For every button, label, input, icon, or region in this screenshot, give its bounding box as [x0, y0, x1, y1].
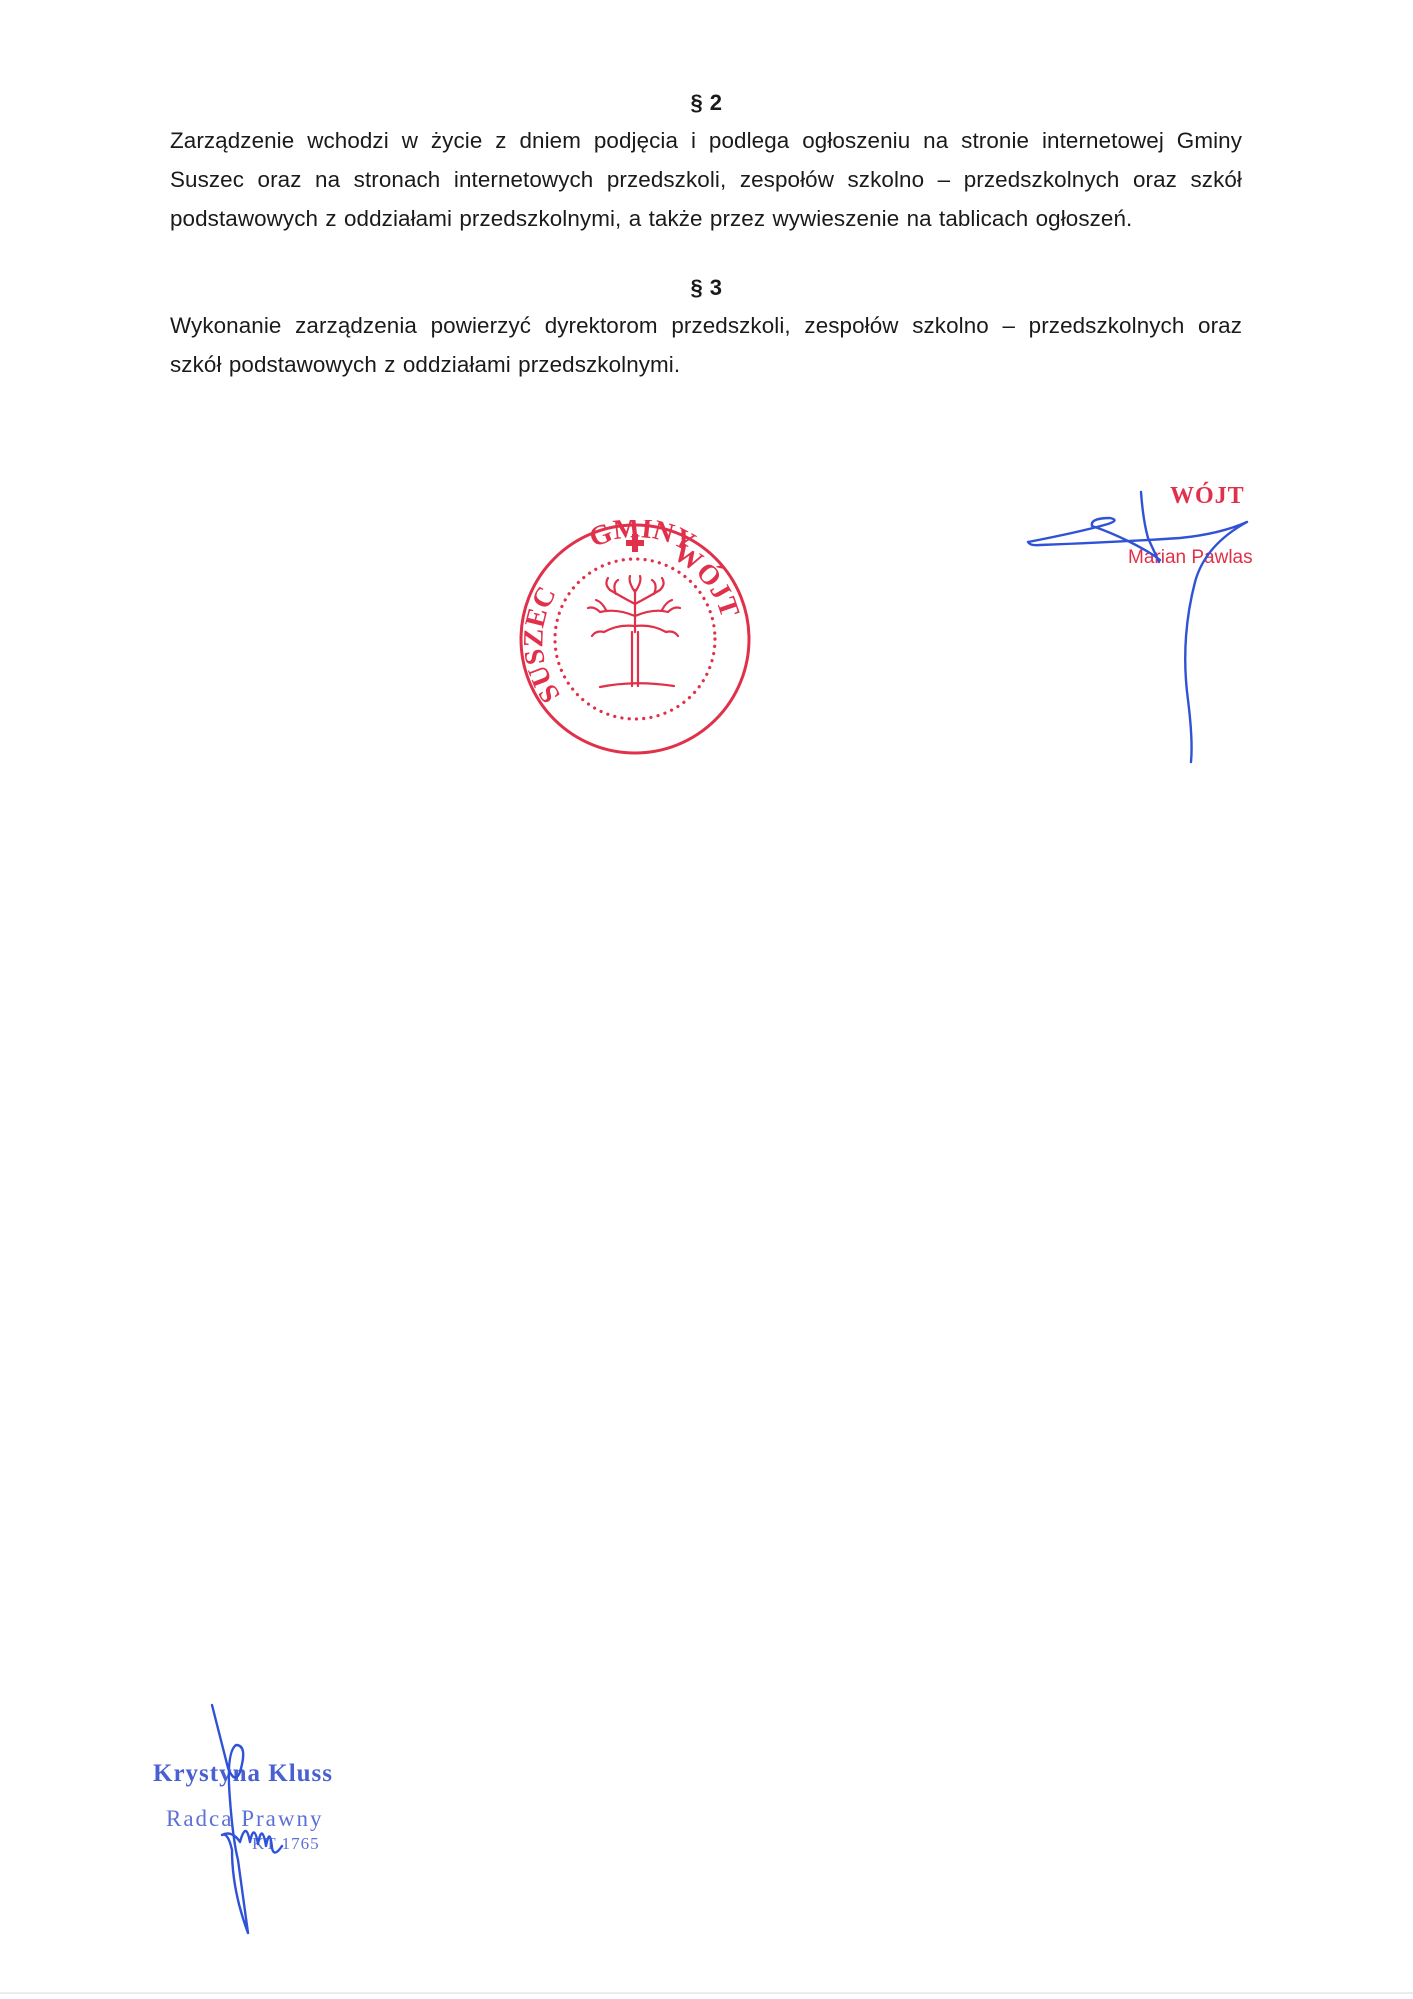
tree-icon: [588, 576, 680, 687]
paragraph-line: Zarządzenie wchodzi w życie z dniem podj…: [170, 121, 1242, 160]
wojt-stamp-name: Marian Pawlas: [1128, 547, 1253, 569]
lawyer-stamp: Krystyna Kluss Radca Prawny KT 1765: [150, 1760, 410, 1880]
paragraph-line: szkół podstawowych z oddziałami przedszk…: [170, 345, 1242, 384]
section-3-paragraph: Wykonanie zarządzenia powierzyć dyrektor…: [170, 306, 1242, 384]
paragraph-line: Suszec oraz na stronach internetowych pr…: [170, 160, 1242, 199]
wojt-stamp-title: WÓJT: [1170, 483, 1245, 510]
paragraph-line: Wykonanie zarządzenia powierzyć dyrektor…: [170, 306, 1242, 345]
paragraph-line: podstawowych z oddziałami przedszkolnymi…: [170, 199, 1242, 238]
lawyer-stamp-title: Radca Prawny: [166, 1806, 324, 1832]
official-seal: SUSZEC WÓJT GMINY: [516, 520, 754, 758]
document-page: § 2 Zarządzenie wchodzi w życie z dniem …: [0, 0, 1413, 1999]
seal-text-left: SUSZEC: [518, 582, 566, 709]
section-heading-2: § 2: [0, 90, 1413, 116]
lawyer-stamp-number: KT 1765: [252, 1834, 320, 1854]
wojt-stamp: WÓJT Marian Pawlas: [1070, 483, 1290, 593]
scan-bottom-edge: [0, 1992, 1413, 1994]
section-heading-3: § 3: [0, 275, 1413, 301]
section-2-paragraph: Zarządzenie wchodzi w życie z dniem podj…: [170, 121, 1242, 238]
seal-text-bottom: GMINY: [585, 520, 700, 559]
lawyer-stamp-name: Krystyna Kluss: [153, 1760, 333, 1788]
